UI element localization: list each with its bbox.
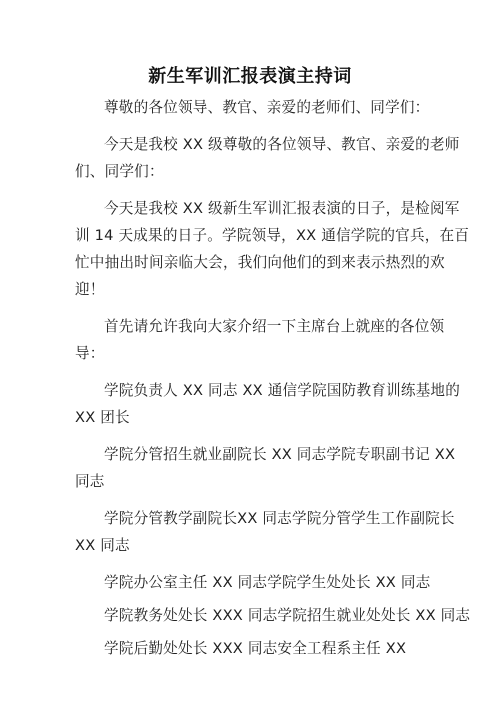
text-line: 忙中抽出时间亲临大会，我们向他们的到来表示热烈的欢 xyxy=(75,251,445,272)
text-line: 学院分管教学副院长XX 同志学院分管学生工作副院长 xyxy=(104,507,455,528)
text-line: XX 团长 xyxy=(75,406,130,427)
text-line: 学院分管招生就业副院长 XX 同志学院专职副书记 XX xyxy=(104,443,455,464)
text-line: 同志 xyxy=(75,470,105,491)
document-title: 新生军训汇报表演主持词 xyxy=(0,62,500,88)
text-line: 学院负责人 XX 同志 XX 通信学院国防教育训练基地的 xyxy=(104,379,460,400)
text-line: 学院后勤处处长 XXX 同志安全工程系主任 XX xyxy=(104,637,406,658)
text-line: 学院办公室主任 XX 同志学院学生处处长 XX 同志 xyxy=(104,571,430,592)
text-line: XX 同志 xyxy=(75,534,130,555)
text-line: 今天是我校 XX 级新生军训汇报表演的日子，是检阅军 xyxy=(104,197,460,218)
text-line: 训 14 天成果的日子。学院领导，XX 通信学院的官兵，在百 xyxy=(75,224,469,245)
text-line: 首先请允许我向大家介绍一下主席台上就座的各位领 xyxy=(104,315,444,336)
text-line: 学院教务处处长 XXX 同志学院招生就业处处长 XX 同志 xyxy=(104,604,470,625)
text-line: 导： xyxy=(75,342,105,363)
text-line: 尊敬的各位领导、教官、亲爱的老师们、同学们： xyxy=(104,96,429,117)
text-line: 今天是我校 XX 级尊敬的各位领导、教官、亲爱的老师 xyxy=(104,133,460,154)
text-line: 迎！ xyxy=(75,278,105,299)
text-line: 们、同学们： xyxy=(75,160,164,181)
